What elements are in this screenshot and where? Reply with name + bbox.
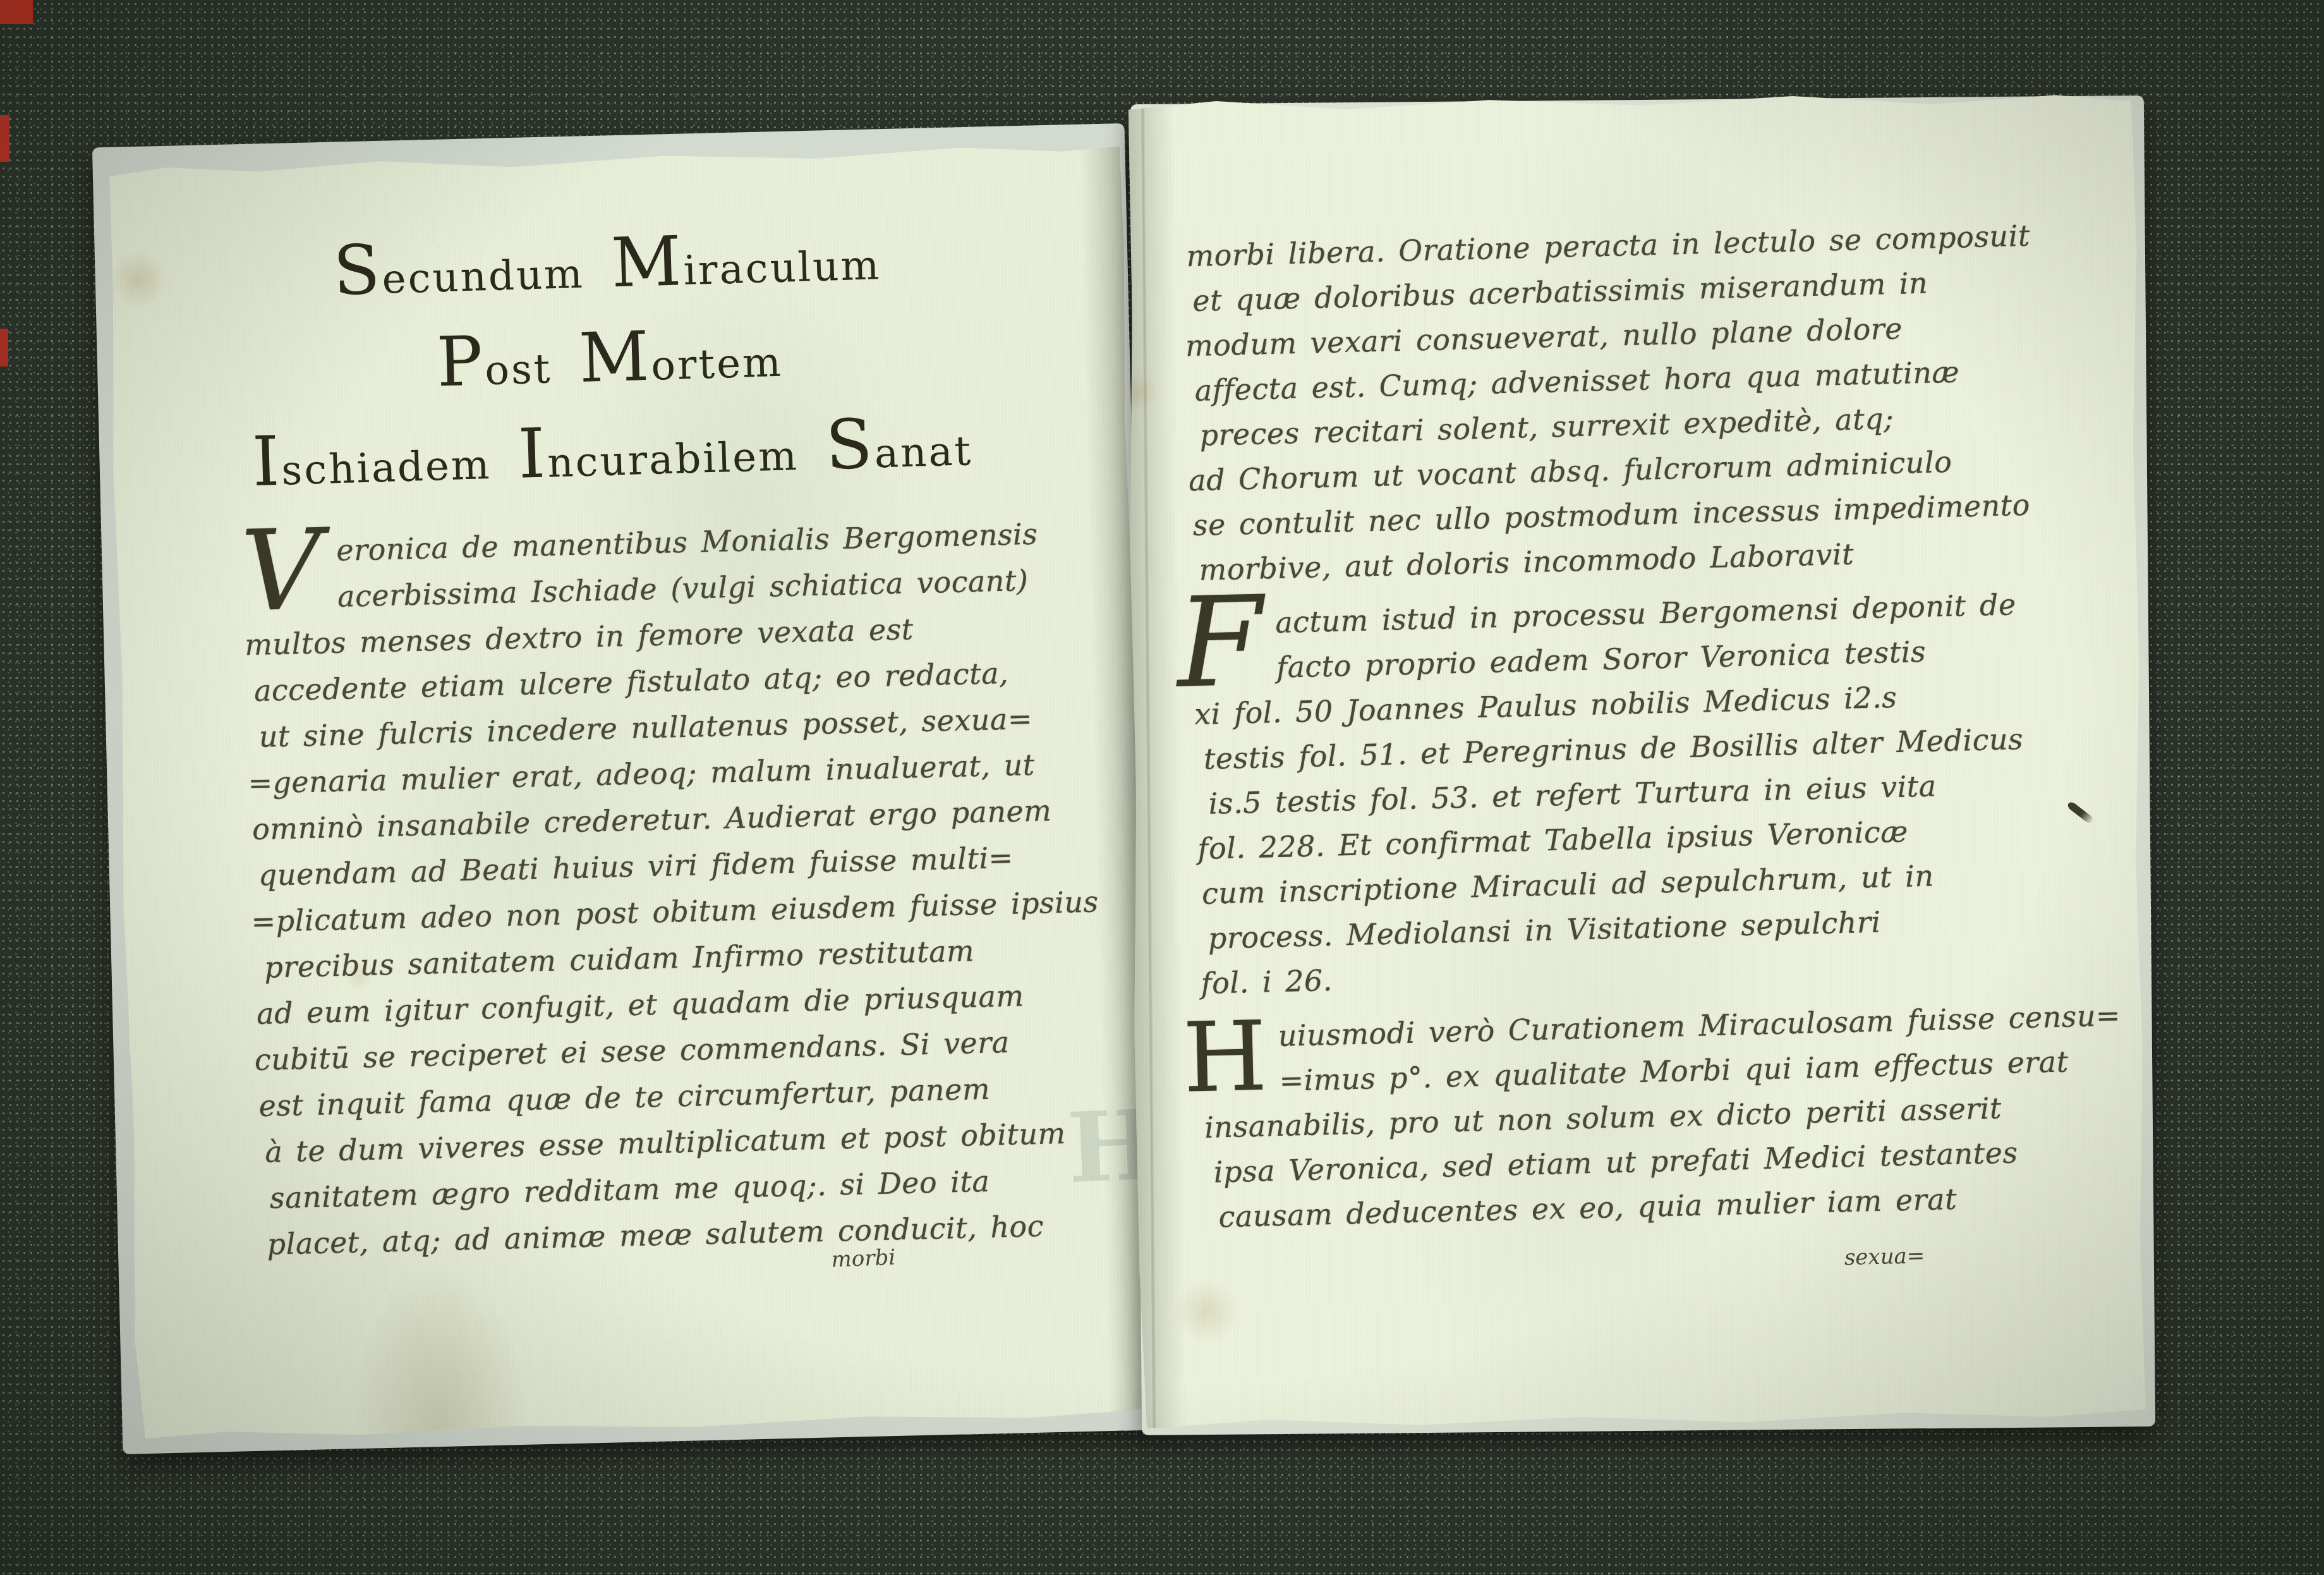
title-initial: I [251,422,282,502]
title-initial: P [436,322,486,402]
title-initial: S [825,405,876,485]
right-page: morbi libera. Oratione peracta in lectul… [1125,90,2148,1432]
paragraph-huiusmodi: H uiusmodi verò Curationem Miraculosam f… [1205,993,2127,1239]
left-page-lines: eronica de manentibus Monialis Bergomens… [245,510,1108,1268]
title-initial: S [332,231,384,311]
paragraph-lines: uiusmodi verò Curationem Miraculosam fui… [1205,993,2127,1239]
drop-cap-F: F [1176,594,1264,686]
paragraph-continuation: morbi libera. Oratione peracta in lectul… [1186,212,2112,593]
paragraph-lines: actum istud in processu Bergomensi depon… [1195,580,2122,1006]
left-page: Secundum MiraculumPost MortemIschiadem I… [105,141,1153,1442]
catchword-right: sexua= [1844,1243,1925,1270]
left-page-body: V eronica de manentibus Monialis Bergome… [245,510,1108,1268]
title-block: Secundum MiraculumPost MortemIschiadem I… [106,207,1113,518]
title-initial: M [578,317,652,398]
catchword-left: morbi [831,1244,896,1272]
red-binding-mark-upper [0,115,9,162]
title-initial: I [517,414,548,494]
paragraph-factum: F actum istud in processu Bergomensi dep… [1195,580,2122,1006]
paragraph-lines: morbi libera. Oratione peracta in lectul… [1186,212,2112,593]
right-page-body: morbi libera. Oratione peracta in lectul… [1186,212,2128,1250]
manuscript-photo: { "left_page": { "title_lines": [ "Secun… [0,0,2324,1575]
red-binding-mark-lower [0,329,8,367]
title-initial: M [610,222,684,303]
drop-cap-H: H [1182,1011,1268,1103]
red-binding-mark-top [0,0,33,24]
drop-cap-V: V [240,524,323,618]
